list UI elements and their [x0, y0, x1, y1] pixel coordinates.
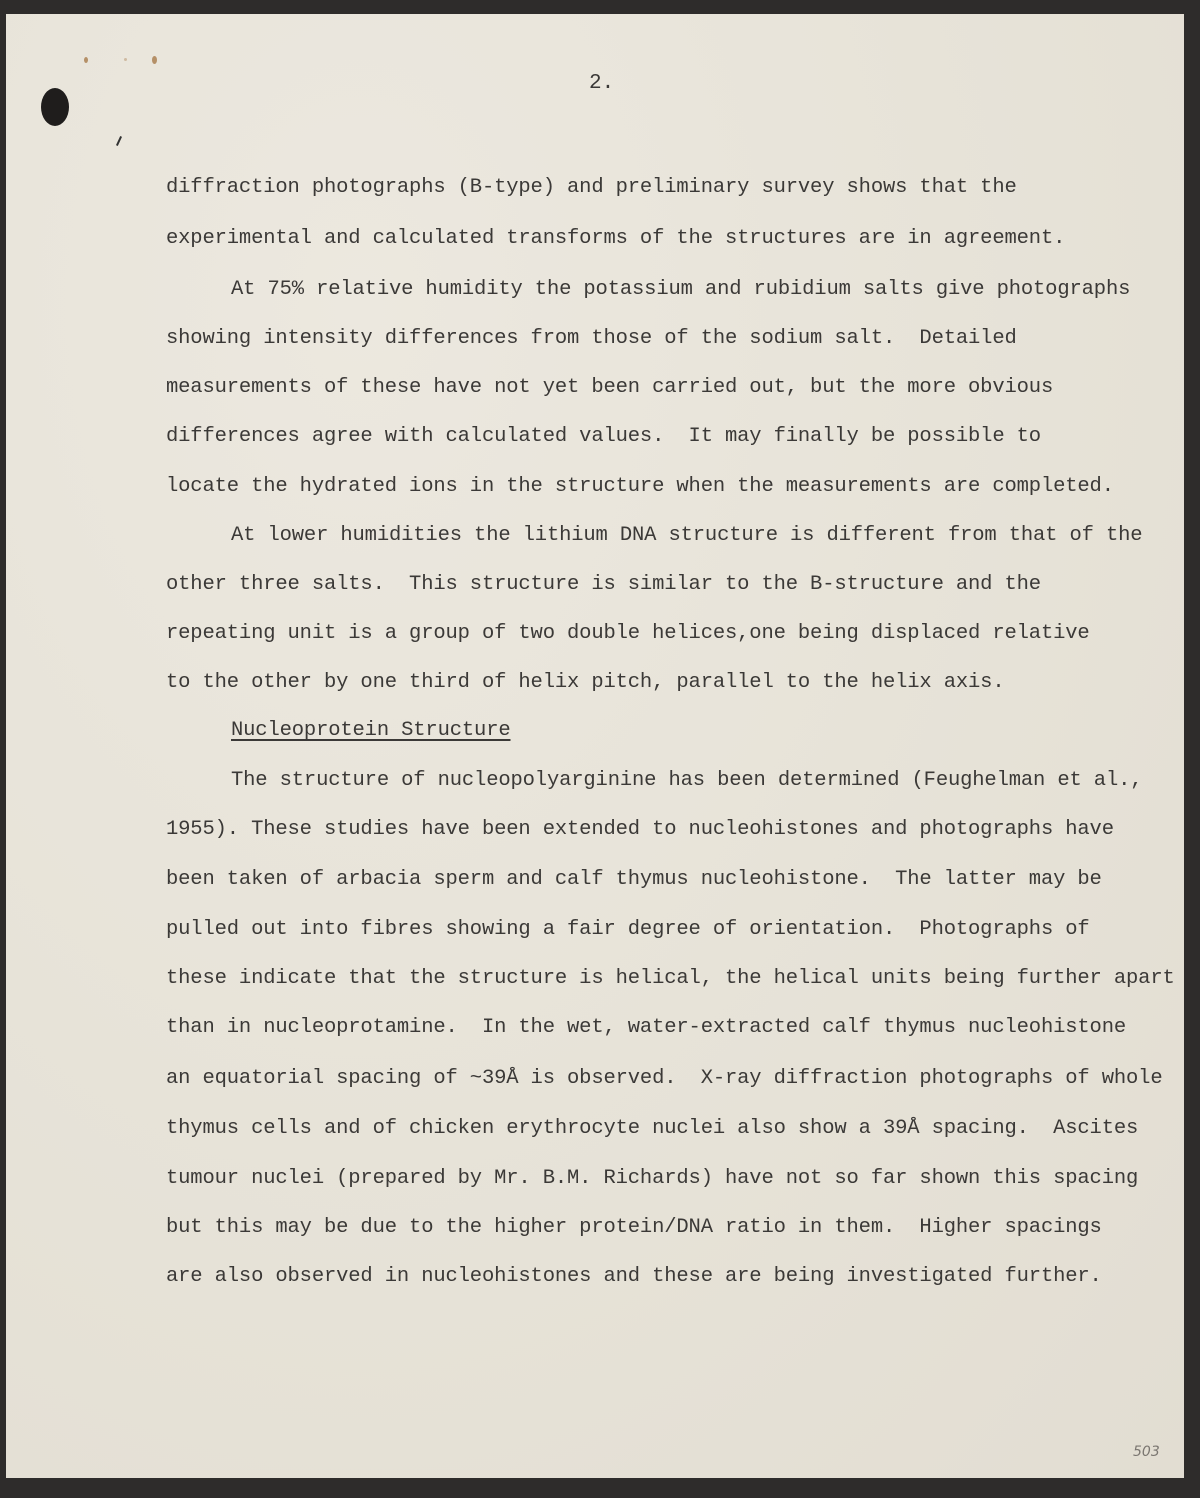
- document-page: 2. diffraction photographs (B-type) and …: [6, 14, 1184, 1478]
- text-line: tumour nuclei (prepared by Mr. B.M. Rich…: [166, 1167, 1138, 1190]
- text-line: showing intensity differences from those…: [166, 327, 1017, 350]
- text-line: locate the hydrated ions in the structur…: [166, 475, 1114, 498]
- pencil-mark: [116, 136, 122, 146]
- text-line: experimental and calculated transforms o…: [166, 227, 1065, 250]
- stain-speck: [124, 58, 127, 61]
- text-line: repeating unit is a group of two double …: [166, 622, 1090, 645]
- text-line: to the other by one third of helix pitch…: [166, 671, 1005, 694]
- text-line: 1955). These studies have been extended …: [166, 818, 1114, 841]
- text-line: diffraction photographs (B-type) and pre…: [166, 176, 1017, 199]
- text-line: are also observed in nucleohistones and …: [166, 1265, 1102, 1288]
- stain-speck: [84, 57, 88, 63]
- archive-number: 503: [1133, 1444, 1160, 1460]
- text-line: an equatorial spacing of ~39Å is observe…: [166, 1067, 1162, 1090]
- text-line: but this may be due to the higher protei…: [166, 1216, 1102, 1239]
- paragraph-start: At 75% relative humidity the potassium a…: [231, 278, 1130, 301]
- stain-speck: [152, 56, 157, 64]
- text-line: thymus cells and of chicken erythrocyte …: [166, 1117, 1138, 1140]
- text-line: than in nucleoprotamine. In the wet, wat…: [166, 1016, 1126, 1039]
- text-line: other three salts. This structure is sim…: [166, 573, 1041, 596]
- paragraph-start: At lower humidities the lithium DNA stru…: [231, 524, 1142, 547]
- text-line: measurements of these have not yet been …: [166, 376, 1053, 399]
- paragraph-start: The structure of nucleopolyarginine has …: [231, 769, 1142, 792]
- text-line: differences agree with calculated values…: [166, 425, 1041, 448]
- text-line: pulled out into fibres showing a fair de…: [166, 918, 1090, 941]
- page-number: 2.: [589, 72, 614, 95]
- text-line: been taken of arbacia sperm and calf thy…: [166, 868, 1102, 891]
- section-heading: Nucleoprotein Structure: [231, 719, 511, 742]
- punch-hole: [41, 88, 69, 126]
- text-line: these indicate that the structure is hel…: [166, 967, 1175, 990]
